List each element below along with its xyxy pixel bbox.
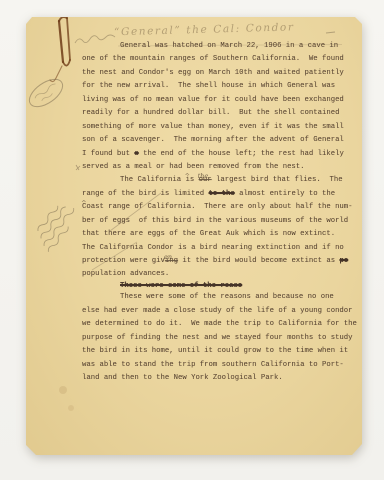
typed-text: served as a meal or had been removed fro…: [82, 163, 305, 171]
struck-text: to the: [209, 190, 235, 198]
margin-note-scribble: [30, 198, 80, 253]
typed-text: we determined to do it. We made the trip…: [82, 320, 357, 328]
typed-line: land and then to the New York Zoological…: [82, 372, 357, 385]
typed-line: I found but s the end of the house left;…: [82, 148, 357, 161]
struck-text: ourthe: [199, 176, 212, 184]
typed-text: was able to stand the trip from southern…: [82, 361, 344, 369]
pencil-tick: [76, 165, 80, 170]
typed-text: land and then to the New York Zoological…: [82, 374, 283, 382]
typed-text: I found but: [82, 150, 134, 158]
typed-text: These were some of the reasons and becau…: [120, 293, 334, 301]
typed-text: that there are eggs of the Great Auk whi…: [82, 230, 335, 238]
typed-text: something of more value than money, even…: [82, 123, 344, 131]
typed-line: purpose of finding the nest and we staye…: [82, 332, 357, 345]
smudge: [59, 386, 67, 394]
typed-line: served as a meal or had been removed fro…: [82, 161, 357, 174]
typed-line: son of a scavenger. The morning after th…: [82, 134, 357, 147]
struck-text: These were some of the reaso: [120, 282, 242, 290]
typed-line: that there are eggs of the Great Auk whi…: [82, 228, 357, 241]
typed-line: population advances.: [82, 268, 357, 281]
typed-line: something of more value than money, even…: [82, 121, 357, 134]
typed-line: the bird in its home, until it could gro…: [82, 345, 357, 358]
typed-text: living was of no mean value for it could…: [82, 96, 344, 104]
typed-line: we determined to do it. We made the trip…: [82, 318, 357, 331]
smudge: [68, 405, 74, 411]
typed-text: for the new arrival. The shell house in …: [82, 82, 335, 90]
typed-text: of California. There are only about half…: [130, 203, 353, 211]
typed-line: protection were givingen it the bird wou…: [82, 255, 357, 268]
typed-text: the end of the house left; the rest had …: [139, 150, 344, 158]
typed-text: ber of eggs of this bird in the various …: [82, 217, 348, 225]
typed-line: readily for a hundred dollar bill. But t…: [82, 107, 357, 120]
typed-text: else had ever made a close study of the …: [82, 307, 353, 315]
typed-text: the bird in its home, until it could gro…: [82, 347, 348, 355]
typed-text: General was hatched on March 22, 1906 in…: [120, 42, 338, 50]
photo-background: “General” the Cal: Condor General was ha…: [0, 0, 384, 480]
typed-text: The California: [120, 176, 185, 184]
typed-text: population advances.: [82, 270, 169, 278]
typed-line: one of the mountain ranges of Southern C…: [82, 53, 357, 66]
typed-line: living was of no mean value for it could…: [82, 94, 357, 107]
pencil-insertion: ^: [81, 197, 86, 210]
typed-text: the nest and Condor's egg on March 10th …: [82, 69, 344, 77]
typed-line: General was hatched on March 22, 1906 in…: [82, 40, 357, 53]
pencil-insertion: the: [198, 170, 209, 183]
pencil-insertion: ^: [184, 170, 189, 183]
typed-text: The California Condor is a bird nearing …: [82, 244, 344, 252]
typed-line: ber of eggs of this bird in the various …: [82, 215, 357, 228]
typed-line: The California Condor is a bird nearing …: [82, 242, 357, 255]
typed-text-block: General was hatched on March 22, 1906 in…: [82, 40, 357, 385]
typed-line: for the new arrival. The shell house in …: [82, 80, 357, 93]
typed-text: it the bird would become extinct as: [178, 257, 339, 265]
typed-text: range of the bird is limited: [82, 190, 209, 198]
typed-line: These were some of the reaso: [82, 282, 357, 292]
pencil-insertion: en: [164, 251, 172, 264]
typed-line: the nest and Condor's egg on March 10th …: [82, 67, 357, 80]
struck-text: s: [134, 150, 138, 158]
typed-text: one of the mountain ranges of Southern C…: [82, 55, 344, 63]
typed-text: protection were giv: [82, 257, 165, 265]
egg-sketch-icon: [26, 74, 67, 112]
manuscript-page: “General” the Cal: Condor General was ha…: [26, 17, 362, 455]
struck-text: po: [339, 257, 348, 265]
manuscript-page-wrap: “General” the Cal: Condor General was ha…: [26, 17, 362, 455]
typed-line: Coast range^ of California. There are on…: [82, 201, 357, 214]
typed-line: The California is^ ourthe largest bird t…: [82, 174, 357, 187]
typed-text: son of a scavenger. The morning after th…: [82, 136, 344, 144]
typed-text: is^: [185, 176, 194, 184]
typed-line: These were some of the reasons and becau…: [82, 291, 357, 304]
paperclip-stain-icon: [50, 17, 70, 82]
typed-line: was able to stand the trip from southern…: [82, 359, 357, 372]
typed-text: readily for a hundred dollar bill. But t…: [82, 109, 339, 117]
struck-text: ingen: [165, 257, 178, 265]
typed-text: purpose of finding the nest and we staye…: [82, 334, 353, 342]
typed-line: range of the bird is limited to the almo…: [82, 188, 357, 201]
typed-line: else had ever made a close study of the …: [82, 305, 357, 318]
typed-text: largest bird that flies. The: [212, 176, 343, 184]
typed-text: almost entirely to the: [235, 190, 335, 198]
typed-text: Coast range^: [82, 203, 130, 211]
